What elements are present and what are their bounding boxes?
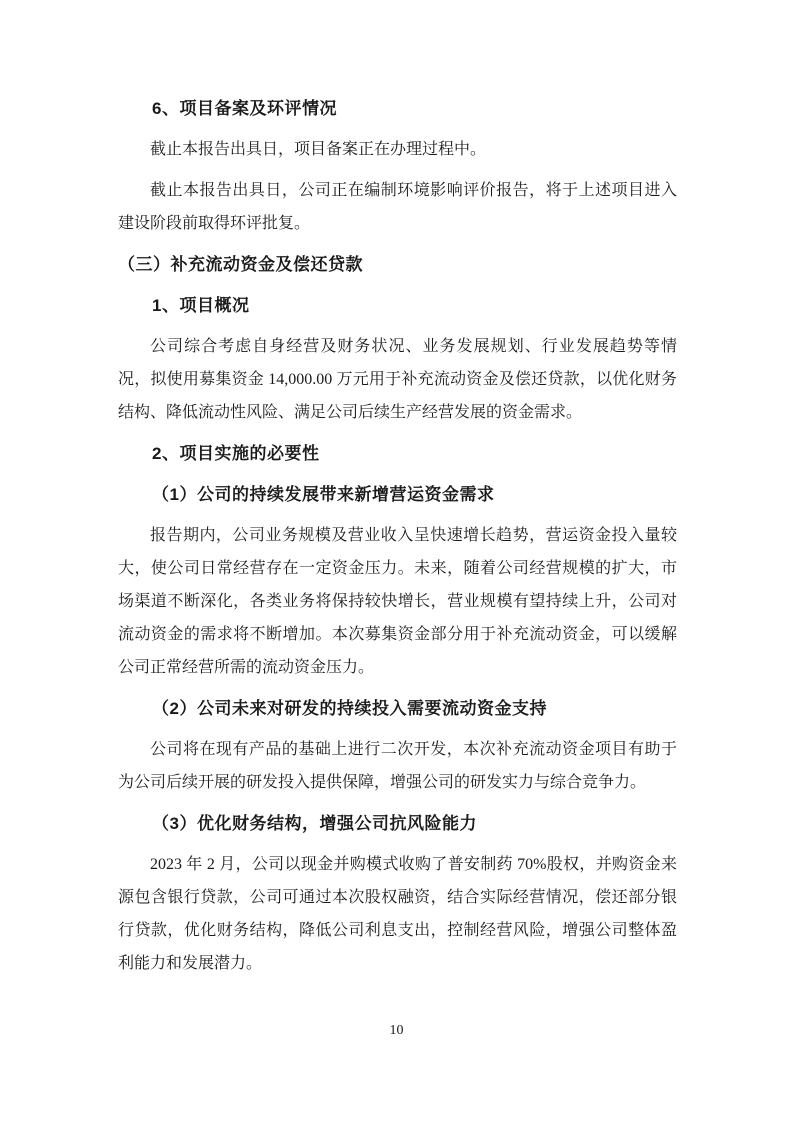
page-content: 6、项目备案及环评情况 截止本报告出具日，项目备案正在办理过程中。 截止本报告出… [118,92,677,988]
para-project-overview: 公司综合考虑自身经营及财务状况、业务发展规划、行业发展趋势等情况，拟使用募集资金… [118,330,677,429]
heading-project-overview: 1、项目概况 [118,289,677,322]
para-financial-structure: 2023 年 2 月，公司以现金并购模式收购了普安制药 70%股权，并购资金来源… [118,848,677,980]
heading-project-filing-eia: 6、项目备案及环评情况 [118,92,677,125]
heading-sub-3-financial-structure: （3）优化财务结构，增强公司抗风险能力 [118,807,677,840]
para-rd-investment-support: 公司将在现有产品的基础上进行二次开发，本次补充流动资金项目有助于为公司后续开展的… [118,733,677,799]
para-filing-status: 截止本报告出具日，项目备案正在办理过程中。 [118,133,677,166]
para-operating-capital-demand: 报告期内，公司业务规模及营业收入呈快速增长趋势，营运资金投入量较大，使公司日常经… [118,519,677,684]
heading-sub-1-operating-capital-demand: （1）公司的持续发展带来新增营运资金需求 [118,478,677,511]
page-number: 10 [0,1021,793,1041]
para-eia-status: 截止本报告出具日，公司正在编制环境影响评价报告，将于上述项目进入建设阶段前取得环… [118,174,677,240]
heading-section-three-working-capital: （三）补充流动资金及偿还贷款 [118,248,677,281]
document-page: 6、项目备案及环评情况 截止本报告出具日，项目备案正在办理过程中。 截止本报告出… [0,0,793,1122]
heading-sub-2-rd-investment-support: （2）公司未来对研发的持续投入需要流动资金支持 [118,692,677,725]
heading-implementation-necessity: 2、项目实施的必要性 [118,437,677,470]
